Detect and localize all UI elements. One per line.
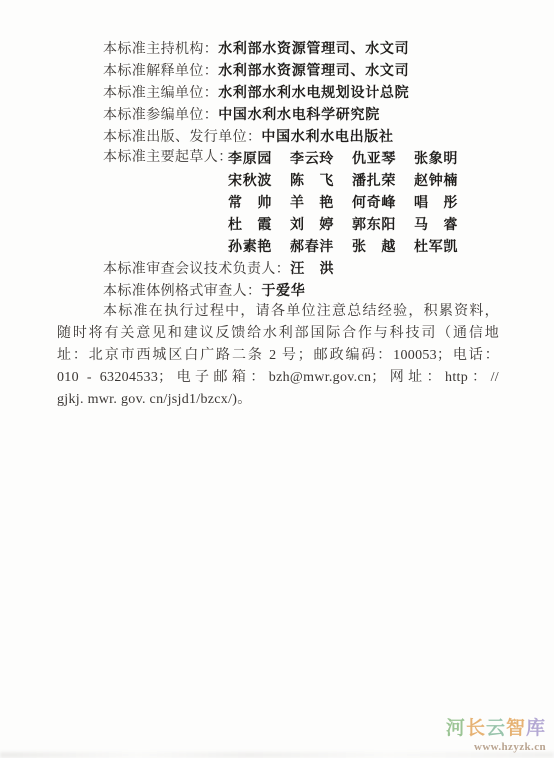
- drafter-name: 赵钟楠: [414, 169, 458, 191]
- document-body: 本标准主持机构：水利部水资源管理司、水文司 本标准解释单位：水利部水资源管理司、…: [57, 37, 499, 411]
- credit-line-co-editor: 本标准参编单位：中国水利水电科学研究院: [57, 103, 499, 125]
- credit-value: 水利部水利水电规划设计总院: [218, 84, 409, 100]
- credit-label: 本标准参编单位：: [103, 108, 218, 123]
- notice-paragraph-line: 本标准在执行过程中，请各单位注意总结经验，积累资料，: [57, 301, 499, 323]
- drafters-names-row: 李原园 李云玲 仇亚琴 张象明: [228, 147, 458, 169]
- drafter-name: 郝春沣: [290, 235, 352, 257]
- drafter-name: 孙素艳: [228, 235, 290, 257]
- drafter-name: 潘扎荣: [352, 169, 414, 191]
- credit-line-host: 本标准主持机构：水利部水资源管理司、水文司: [57, 37, 499, 59]
- drafter-name: 刘 婷: [290, 213, 352, 235]
- drafter-name: 杜军凯: [414, 235, 458, 257]
- drafter-name: 张 越: [352, 235, 414, 257]
- drafters-label: 本标准主要起草人：: [103, 150, 233, 165]
- format-reviewer-line: 本标准体例格式审查人：于爱华: [57, 279, 499, 301]
- scan-edge-artifact: [0, 752, 554, 758]
- notice-paragraph-line: gjkj. mwr. gov. cn/jsjd1/bzcx/)。: [57, 389, 499, 411]
- drafters-row-3: 常 帅 羊 艳 何奇峰 唱 彤: [57, 191, 499, 213]
- drafters-names-row: 孙素艳 郝春沣 张 越 杜军凯: [228, 235, 458, 257]
- notice-paragraph-line: 010 - 63204533；电子邮箱：bzh@mwr.gov.cn；网址：ht…: [57, 367, 499, 389]
- credit-line-interpret: 本标准解释单位：水利部水资源管理司、水文司: [57, 59, 499, 81]
- format-reviewer-label: 本标准体例格式审查人：: [103, 284, 261, 299]
- credit-label: 本标准主持机构：: [103, 42, 218, 57]
- drafters-row-4: 杜 霞 刘 婷 郭东阳 马 睿: [57, 213, 499, 235]
- credit-value: 中国水利水电出版社: [261, 128, 393, 144]
- credit-label: 本标准解释单位：: [103, 64, 218, 79]
- review-chief-line: 本标准审查会议技术负责人：汪 洪: [57, 257, 499, 279]
- drafter-name: 常 帅: [228, 191, 290, 213]
- drafter-name: 何奇峰: [352, 191, 414, 213]
- review-chief-label: 本标准审查会议技术负责人：: [103, 262, 290, 277]
- format-reviewer-name: 于爱华: [261, 282, 305, 298]
- drafters-names-row: 杜 霞 刘 婷 郭东阳 马 睿: [228, 213, 458, 235]
- drafter-name: 羊 艳: [290, 191, 352, 213]
- drafter-name: 陈 飞: [290, 169, 352, 191]
- credit-value: 水利部水资源管理司、水文司: [218, 40, 409, 56]
- drafters-names-row: 宋秋波 陈 飞 潘扎荣 赵钟楠: [228, 169, 458, 191]
- review-chief-name: 汪 洪: [290, 260, 334, 276]
- notice-paragraph-line: 随时将有关意见和建议反馈给水利部国际合作与科技司（通信地: [57, 323, 499, 345]
- drafter-name: 张象明: [414, 147, 458, 169]
- watermark: 河长云智库 www.hzyzk.cn: [446, 719, 546, 753]
- credit-line-publisher: 本标准出版、发行单位：中国水利水电出版社: [57, 125, 499, 147]
- credit-label: 本标准主编单位：: [103, 86, 218, 101]
- drafters-row-5: 孙素艳 郝春沣 张 越 杜军凯: [57, 235, 499, 257]
- drafter-name: 郭东阳: [352, 213, 414, 235]
- credit-line-chief-editor: 本标准主编单位：水利部水利水电规划设计总院: [57, 81, 499, 103]
- credit-value: 水利部水资源管理司、水文司: [218, 62, 409, 78]
- credit-label: 本标准出版、发行单位：: [103, 130, 261, 145]
- drafter-name: 李原园: [228, 147, 290, 169]
- drafter-name: 李云玲: [290, 147, 352, 169]
- drafters-row-2: 宋秋波 陈 飞 潘扎荣 赵钟楠: [57, 169, 499, 191]
- drafter-name: 马 睿: [414, 213, 458, 235]
- drafter-name: 唱 彤: [414, 191, 458, 213]
- drafter-name: 宋秋波: [228, 169, 290, 191]
- drafters-names-row: 常 帅 羊 艳 何奇峰 唱 彤: [228, 191, 458, 213]
- watermark-title: 河长云智库: [446, 719, 546, 739]
- credit-value: 中国水利水电科学研究院: [218, 106, 380, 122]
- drafter-name: 杜 霞: [228, 213, 290, 235]
- drafters-row-1: 本标准主要起草人： 李原园 李云玲 仇亚琴 张象明: [57, 147, 499, 169]
- notice-paragraph-line: 址：北京市西城区白广路二条 2 号；邮政编码：100053；电话：: [57, 345, 499, 367]
- drafter-name: 仇亚琴: [352, 147, 414, 169]
